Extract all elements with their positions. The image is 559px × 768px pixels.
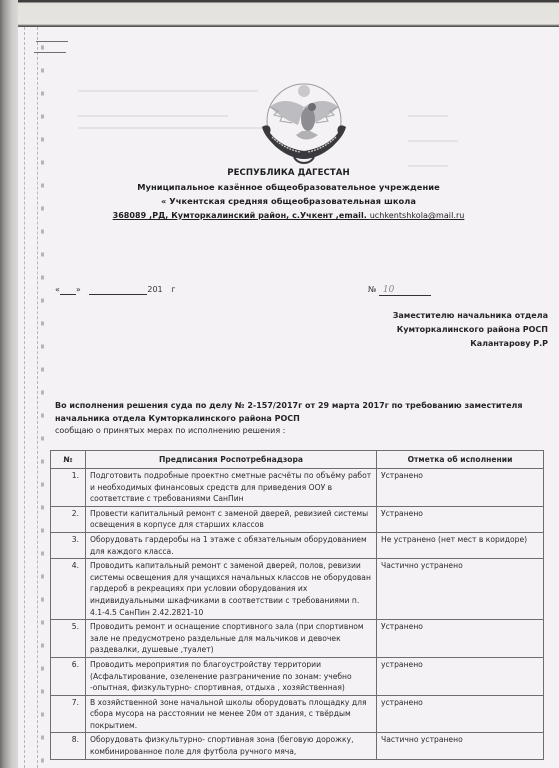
table-row: 6. Проводить мероприятия по благоустройс…: [51, 657, 544, 695]
email-link[interactable]: uchkentshkola@mail.ru: [370, 211, 465, 220]
table-row: 3. Оборудовать гардеробы на 1 этаже с об…: [51, 532, 544, 558]
intro-text: Во исполнения решения суда по делу № 2-1…: [55, 400, 555, 425]
table-row: 7. В хозяйственной зоне начальной школы …: [51, 695, 544, 733]
republic-title: РЕСПУБЛИКА ДАГЕСТАН: [18, 168, 559, 178]
row-status: Устранено: [377, 469, 544, 507]
table-row: 1. Подготовить подробные проектно сметны…: [51, 469, 544, 507]
margin-mark: [34, 52, 66, 53]
year-prefix: 201: [147, 285, 162, 294]
row-number: 3.: [51, 532, 86, 558]
intro-text-2: сообщаю о принятых мерах по исполнению р…: [55, 425, 555, 438]
row-number: 2.: [51, 506, 86, 532]
table-row: 5. Проводить ремонт и оснащение спортивн…: [51, 620, 544, 658]
document-page: РЕСПУБЛИКА ДАГЕСТАН Муниципальное казённ…: [18, 27, 559, 768]
school-name: « Учкентская средняя общеобразовательная…: [18, 196, 559, 206]
row-status: Устранено: [377, 620, 544, 658]
row-requirement: Провести капитальный ремонт с заменой дв…: [86, 506, 377, 532]
year-suffix: г: [171, 285, 175, 294]
row-requirement: Проводить ремонт и оснащение спортивного…: [86, 620, 377, 658]
organization-name: Муниципальное казённое общеобразовательн…: [18, 182, 559, 192]
row-number: 1.: [51, 469, 86, 507]
scanner-lid-edge: [0, 0, 559, 27]
row-status: Частично устранено: [377, 559, 544, 620]
row-requirement: Проводить мероприятия по благоустройству…: [86, 657, 377, 695]
bleed-through: [408, 115, 448, 117]
row-requirement: В хозяйственной зоне начальной школы обо…: [86, 695, 377, 733]
bleed-through: [78, 115, 228, 117]
number-value: 10: [379, 285, 431, 296]
requirements-table: № Предписания Роспотребнадзора Отметка о…: [50, 450, 544, 760]
binding-holes: [41, 27, 44, 768]
addressee-block: Заместителю начальника отдела Кумторкали…: [393, 309, 548, 351]
row-status: Частично устранено: [377, 733, 544, 759]
scanner-edge-shadow: [0, 0, 18, 768]
binding-perforation: [37, 27, 38, 768]
row-status: устранено: [377, 657, 544, 695]
table-row: 2. Провести капитальный ремонт с заменой…: [51, 506, 544, 532]
document-number: № 10: [368, 285, 431, 296]
school-address: 368089 ,РД, Кумторкалинский район, с.Учк…: [18, 211, 559, 220]
row-requirement: Проводить капитальный ремонт с заменой д…: [86, 559, 377, 620]
address-text: 368089 ,РД, Кумторкалинский район, с.Учк…: [113, 211, 370, 220]
number-label: №: [368, 285, 376, 294]
table-row: 8. Оборудовать физкультурно- спортивная …: [51, 733, 544, 759]
row-number: 5.: [51, 620, 86, 658]
column-header-status: Отметка об исполнении: [377, 451, 544, 469]
date-field: « » 201 г: [55, 285, 175, 295]
table-row: 4. Проводить капитальный ремонт с замено…: [51, 559, 544, 620]
margin-mark: [36, 41, 68, 42]
addressee-line: Заместителю начальника отдела: [393, 309, 548, 323]
dagestan-coat-of-arms-icon: [248, 77, 360, 173]
quote-close: »: [76, 285, 81, 294]
bleed-through: [78, 90, 258, 92]
row-status: Устранено: [377, 506, 544, 532]
bleed-through: [408, 140, 458, 142]
table-header-row: № Предписания Роспотребнадзора Отметка о…: [51, 451, 544, 469]
bleed-through: [78, 127, 268, 129]
row-number: 6.: [51, 657, 86, 695]
binding-perforation: [24, 27, 25, 768]
addressee-line: Калантарову Р.Р: [393, 337, 548, 351]
row-requirement: Подготовить подробные проектно сметные р…: [86, 469, 377, 507]
day-blank: [60, 285, 76, 295]
row-number: 7.: [51, 695, 86, 733]
row-requirement: Оборудовать гардеробы на 1 этаже с обяза…: [86, 532, 377, 558]
intro-paragraph: Во исполнения решения суда по делу № 2-1…: [55, 400, 555, 438]
column-header-requirement: Предписания Роспотребнадзора: [86, 451, 377, 469]
row-status: Не устранено (нет мест в коридоре): [377, 532, 544, 558]
row-number: 4.: [51, 559, 86, 620]
row-requirement: Оборудовать физкультурно- спортивная зон…: [86, 733, 377, 759]
column-header-number: №: [51, 451, 86, 469]
row-status: устранено: [377, 695, 544, 733]
row-number: 8.: [51, 733, 86, 759]
addressee-line: Кумторкалинского района РОСП: [393, 323, 548, 337]
bleed-through: [408, 165, 448, 167]
month-blank: [89, 285, 147, 295]
